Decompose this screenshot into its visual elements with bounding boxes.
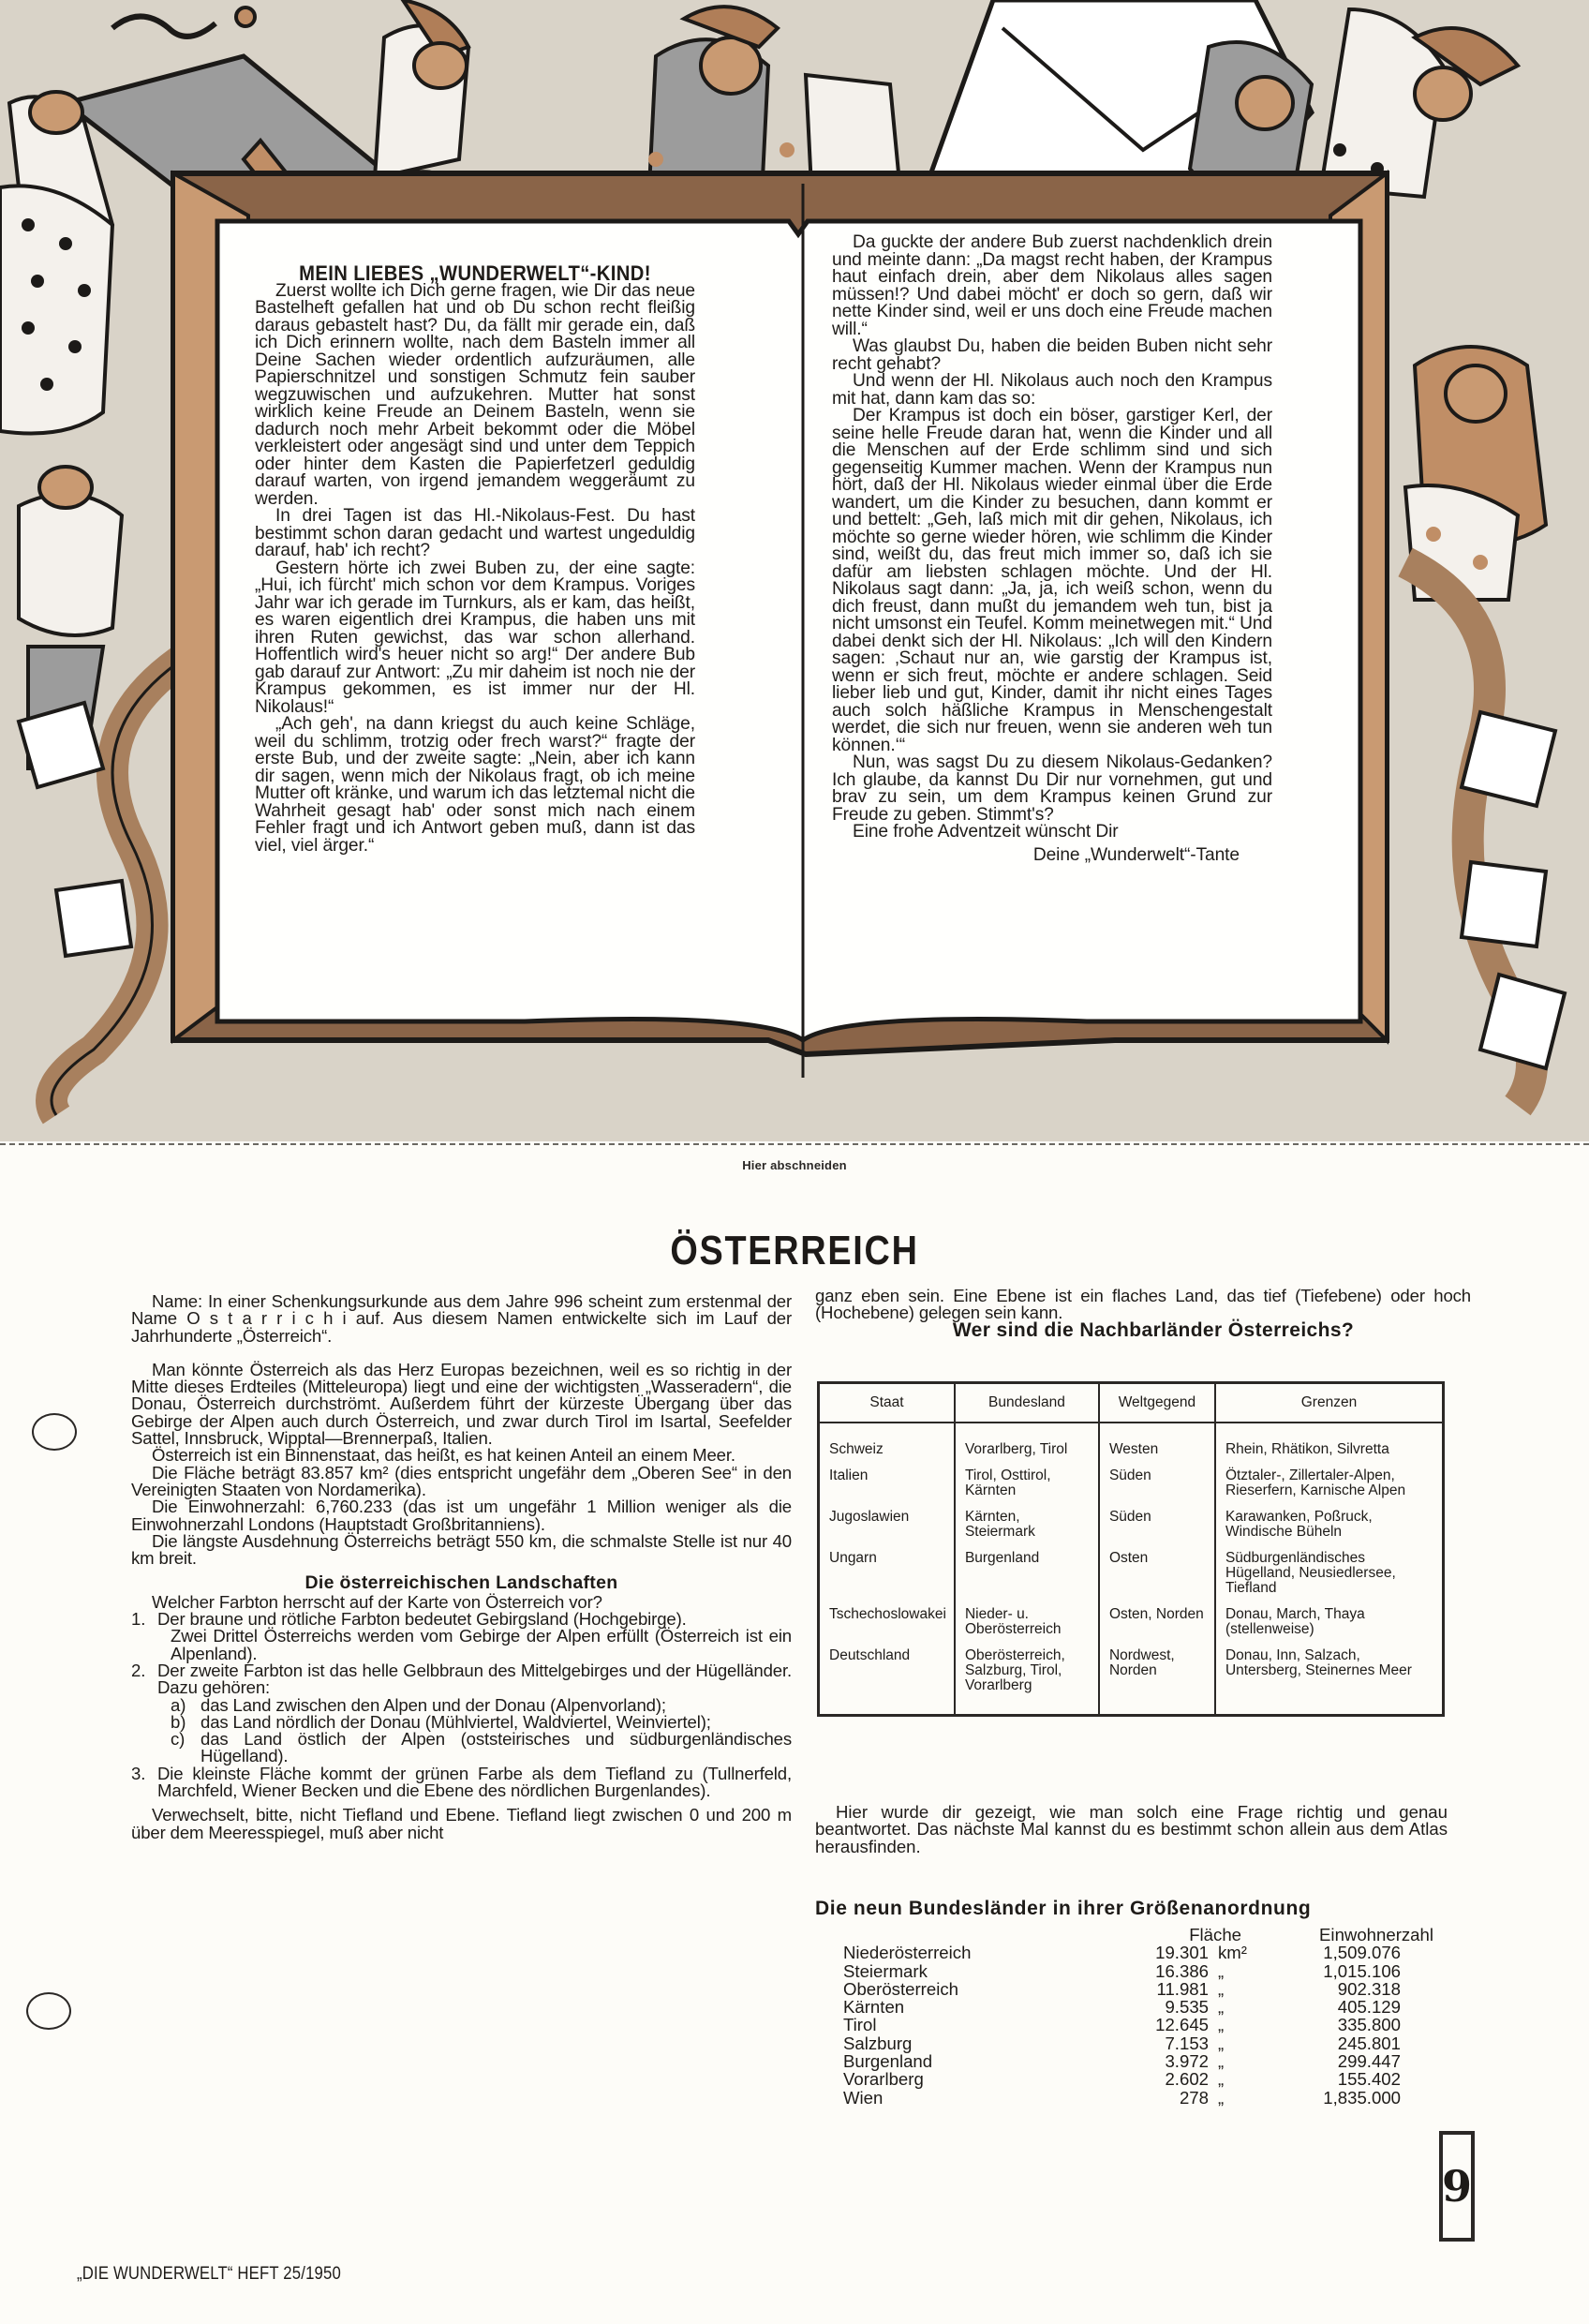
states-ranking-table: Fläche Einwohnerzahl Niederösterreich 19… (843, 1926, 1433, 2107)
ranking-header: Fläche Einwohnerzahl (843, 1926, 1433, 1944)
book-frame-illustration (0, 0, 1589, 1141)
ranking-row: Oberösterreich 11.981 „ 902.318 (843, 1980, 1433, 1998)
punch-hole-icon (26, 1992, 71, 2030)
states-ranking-title: Die neun Bundesländer in ihrer Größenano… (815, 1898, 1452, 1920)
letter-title: MEIN LIEBES „WUNDERWELT“-KIND! (273, 265, 677, 283)
austria-left-column: Name: In einer Schenkungsurkunde aus dem… (131, 1293, 792, 1841)
paragraph-area: Die Fläche beträgt 83.857 km² (dies ents… (131, 1465, 792, 1499)
austria-right-column: ganz eben sein. Eine Ebene ist ein flach… (815, 1288, 1471, 1339)
list-item: 2. Der zweite Farbton ist das helle Gelb… (131, 1662, 792, 1697)
ranking-row: Salzburg 7.153 „ 245.801 (843, 2034, 1433, 2052)
letter-paragraph: Nun, was sagst Du zu diesem Nikolaus-Ged… (832, 754, 1272, 824)
table-row: Ungarn Burgenland Osten Südburgenländisc… (819, 1545, 1444, 1601)
table-header: Grenzen (1215, 1383, 1444, 1423)
punch-hole-icon (32, 1413, 77, 1451)
footer-issue: „DIE WUNDERWELT“ HEFT 25/1950 (77, 2264, 341, 2285)
paragraph-lowland: Verwechselt, bitte, nicht Tiefland und E… (131, 1807, 792, 1841)
paragraph-name: Name: In einer Schenkungsurkunde aus dem… (131, 1293, 792, 1345)
letter-paragraph: In drei Tagen ist das Hl.-Nikolaus-Fest.… (255, 508, 695, 560)
list-item: 3. Die kleinste Fläche kommt der grünen … (131, 1765, 792, 1800)
ranking-row: Wien 278 „ 1,835.000 (843, 2089, 1433, 2107)
letter-right-column: Da guckte der andere Bub zuerst nachdenk… (832, 234, 1272, 864)
table-header: Weltgegend (1099, 1383, 1215, 1423)
ranking-row: Niederösterreich 19.301 km² 1,509.076 (843, 1944, 1433, 1961)
cut-line-divider (0, 1143, 1589, 1145)
letter-paragraph: „Ach geh', na dann kriegst du auch keine… (255, 716, 695, 855)
table-header: Bundesland (955, 1383, 1099, 1423)
ranking-row: Tirol 12.645 „ 335.800 (843, 2016, 1433, 2033)
ranking-row: Burgenland 3.972 „ 299.447 (843, 2052, 1433, 2070)
letter-paragraph: Da guckte der andere Bub zuerst nachdenk… (832, 234, 1272, 338)
neighbors-table: Staat Bundesland Weltgegend Grenzen Schw… (817, 1381, 1445, 1717)
table-row: Deutschland Oberösterreich, Salzburg, Ti… (819, 1643, 1444, 1716)
paragraph-heart-of-europe: Man könnte Österreich als das Herz Europ… (131, 1362, 792, 1447)
letter-paragraph: Eine frohe Adventzeit wünscht Dir (832, 824, 1272, 842)
page-number: 9 (1439, 2131, 1475, 2242)
list-item-note: Zwei Drittel Österreichs werden vom Gebi… (131, 1628, 792, 1662)
letter-illustration: MEIN LIEBES „WUNDERWELT“-KIND! Zuerst wo… (0, 0, 1589, 1141)
ranking-row: Kärnten 9.535 „ 405.129 (843, 1998, 1433, 2016)
table-header: Staat (819, 1383, 955, 1423)
ranking-row: Steiermark 16.386 „ 1,015.106 (843, 1962, 1433, 1980)
ranking-row: Vorarlberg 2.602 „ 155.402 (843, 2070, 1433, 2088)
section-title: ÖSTERREICH (111, 1228, 1478, 1274)
letter-paragraph: Zuerst wollte ich Dich gerne fragen, wie… (255, 283, 695, 509)
table-row: Tschechoslowakei Nieder- u. Oberösterrei… (819, 1601, 1444, 1643)
paragraph-landlocked: Österreich ist ein Binnenstaat, das heiß… (131, 1447, 792, 1464)
neighbors-table-title: Wer sind die Nachbarländer Österreichs? (815, 1322, 1471, 1339)
letter-paragraph: Was glaubst Du, haben die beiden Buben n… (832, 338, 1272, 373)
letter-signature: Deine „Wunderwelt“-Tante (832, 847, 1272, 865)
paragraph-extent: Die längste Ausdehnung Österreichs beträ… (131, 1533, 792, 1568)
sub-list-item: c) das Land östlich der Alpen (oststeiri… (131, 1731, 792, 1765)
table-row: Schweiz Vorarlberg, Tirol Westen Rhein, … (819, 1423, 1444, 1463)
letter-paragraph: Der Krampus ist doch ein böser, garstige… (832, 408, 1272, 754)
letter-left-column: MEIN LIEBES „WUNDERWELT“-KIND! Zuerst wo… (255, 265, 695, 855)
letter-paragraph: Gestern hörte ich zwei Buben zu, der ein… (255, 560, 695, 717)
paragraph-plain: ganz eben sein. Eine Ebene ist ein flach… (815, 1288, 1471, 1322)
table-row: Jugoslawien Kärnten, Steiermark Süden Ka… (819, 1504, 1444, 1545)
cut-label: Hier abschneiden (0, 1158, 1589, 1172)
paragraph-population: Die Einwohnerzahl: 6,760.233 (das ist um… (131, 1498, 792, 1533)
landscapes-subheading: Die österreichischen Landschaften (131, 1574, 792, 1591)
table-row: Italien Tirol, Osttirol, Kärnten Süden Ö… (819, 1463, 1444, 1504)
table-explanation: Hier wurde dir gezeigt, wie man solch ei… (815, 1804, 1448, 1855)
letter-paragraph: Und wenn der Hl. Nikolaus auch noch den … (832, 373, 1272, 408)
